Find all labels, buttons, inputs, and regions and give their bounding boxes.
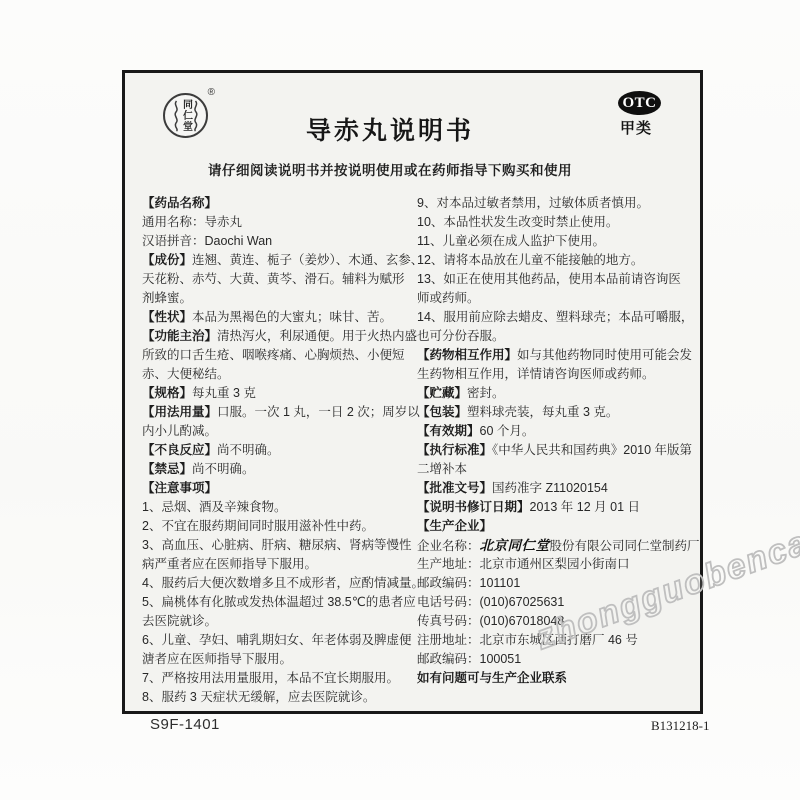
text-line: 所致的口舌生疮、咽喉疼痛、心胸烦热、小便短 [142,346,412,365]
text-line: 赤、大便秘结。 [142,365,412,384]
text-line: 【生产企业】 [417,517,699,536]
text-line: 4、服药后大便次数增多且不成形者，应酌情减量。 [142,574,412,593]
text-line: 【不良反应】尚不明确。 [142,441,412,460]
text-line: 如有问题可与生产企业联系 [417,669,699,688]
page-title: 导赤丸说明书 [125,111,655,147]
text-line: 5、扁桃体有化脓或发热体温超过 38.5℃的患者应 [142,593,412,612]
text-line: 【包装】塑料球壳装，每丸重 3 克。 [417,403,699,422]
text-line: 1、忌烟、酒及辛辣食物。 [142,498,412,517]
text-line: 11、儿童必须在成人监护下使用。 [417,232,699,251]
text-line: 13、如正在使用其他药品，使用本品前请咨询医 [417,270,699,289]
text-line: 【药品名称】 [142,194,412,213]
text-line: 2、不宜在服药期间同时服用滋补性中药。 [142,517,412,536]
text-line: 【贮藏】密封。 [417,384,699,403]
text-line: 【说明书修订日期】2013 年 12 月 01 日 [417,498,699,517]
text-line: 生产地址：北京市通州区梨园小街南口 [417,555,699,574]
text-line: 【注意事项】 [142,479,412,498]
text-line: 【执行标准】《中华人民共和国药典》2010 年版第 [417,441,699,460]
text-line: 【批准文号】国药准字 Z11020154 [417,479,699,498]
text-line: 10、本品性状发生改变时禁止使用。 [417,213,699,232]
text-line: 8、服药 3 天症状无缓解，应去医院就诊。 [142,688,412,707]
text-line: 企业名称：北京同仁堂股份有限公司同仁堂制药厂 [417,536,699,555]
otc-oval-icon: OTC [618,91,661,115]
text-line: 【有效期】60 个月。 [417,422,699,441]
text-line: 14、服用前应除去蜡皮、塑料球壳；本品可嚼服， [417,308,699,327]
otc-badge: OTC 甲类 [617,91,671,138]
text-line: 【规格】每丸重 3 克 [142,384,412,403]
text-line: 病严重者应在医师指导下服用。 [142,555,412,574]
text-line: 通用名称：导赤丸 [142,213,412,232]
text-line: 汉语拼音：Daochi Wan [142,232,412,251]
text-line: 12、请将本品放在儿童不能接触的地方。 [417,251,699,270]
print-code-right: B131218-1 [651,718,710,734]
left-text-column: 【药品名称】通用名称：导赤丸汉语拼音：Daochi Wan【成份】连翘、黄连、栀… [142,194,412,707]
text-line: 【功能主治】清热泻火，利尿通便。用于火热内盛 [142,327,412,346]
text-line: 9、对本品过敏者禁用，过敏体质者慎用。 [417,194,699,213]
text-line: 【成份】连翘、黄连、栀子（姜炒）、木通、玄参、 [142,251,412,270]
text-line: 【药物相互作用】如与其他药物同时使用可能会发 [417,346,699,365]
text-line: 剂蜂蜜。 [142,289,412,308]
scanned-leaflet-page: 同仁堂 ® 导赤丸说明书 请仔细阅读说明书并按说明使用或在药师指导下购买和使用 … [0,0,800,800]
text-line: 二增补本 [417,460,699,479]
text-line: 内小儿酌减。 [142,422,412,441]
text-line: 【用法用量】口服。一次 1 丸，一日 2 次；周岁以 [142,403,412,422]
text-line: 3、高血压、心脏病、肝病、糖尿病、肾病等慢性 [142,536,412,555]
text-line: 也可分份吞服。 [417,327,699,346]
print-code-left: S9F-1401 [150,716,220,733]
text-line: 7、严格按用法用量服用，本品不宜长期服用。 [142,669,412,688]
text-line: 6、儿童、孕妇、哺乳期妇女、年老体弱及脾虚便 [142,631,412,650]
page-subtitle: 请仔细阅读说明书并按说明使用或在药师指导下购买和使用 [125,159,655,179]
text-line: 溏者应在医师指导下服用。 [142,650,412,669]
text-line: 【禁忌】尚不明确。 [142,460,412,479]
text-line: 师或药师。 [417,289,699,308]
text-line: 去医院就诊。 [142,612,412,631]
text-line: 生药物相互作用，详情请咨询医师或药师。 [417,365,699,384]
text-line: 【性状】本品为黑褐色的大蜜丸；味甘、苦。 [142,308,412,327]
registered-trademark-icon: ® [208,87,215,98]
text-line: 天花粉、赤芍、大黄、黄芩、滑石。辅料为赋形 [142,270,412,289]
otc-category-label: 甲类 [617,117,671,138]
